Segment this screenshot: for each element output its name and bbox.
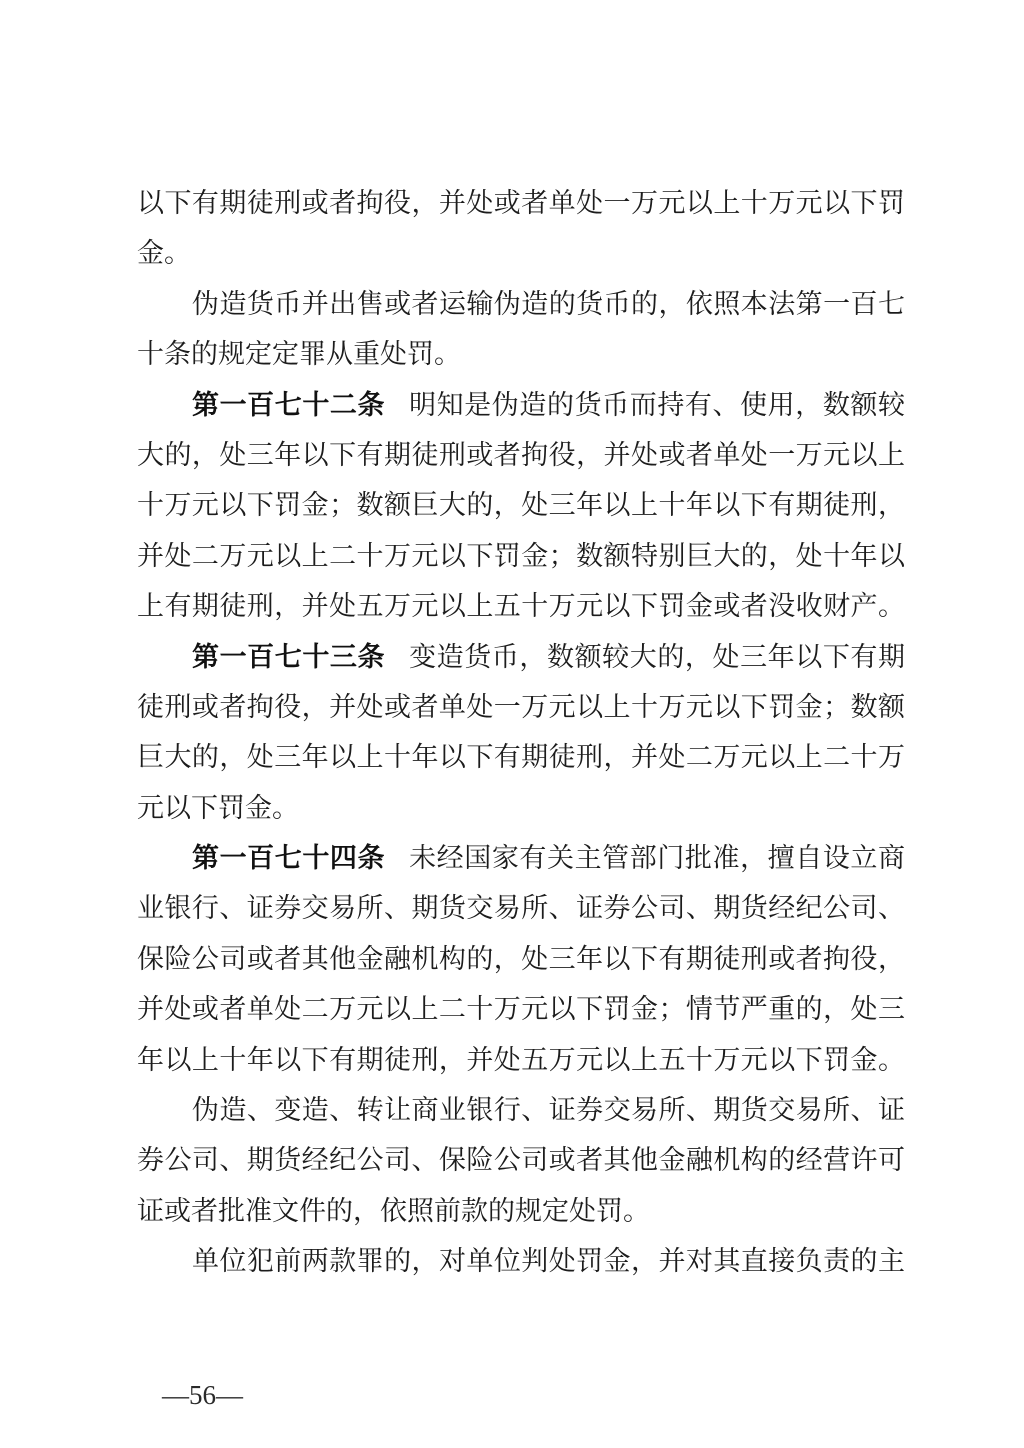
page-number: —56— xyxy=(162,1378,243,1412)
text-line: 十万元以下罚金；数额巨大的，处三年以上十年以下有期徒刑， xyxy=(137,480,905,530)
text-line: 并处二万元以上二十万元以下罚金；数额特别巨大的，处十年以 xyxy=(137,531,905,581)
text-line: 上有期徒刑，并处五万元以上五十万元以下罚金或者没收财产。 xyxy=(137,581,905,631)
text-line: 年以上十年以下有期徒刑，并处五万元以上五十万元以下罚金。 xyxy=(137,1035,905,1085)
text-line: 证或者批准文件的，依照前款的规定处罚。 xyxy=(137,1186,905,1236)
text-line: 单位犯前两款罪的，对单位判处罚金，并对其直接负责的主 xyxy=(137,1236,905,1286)
article-text: 明知是伪造的货币而持有、使用，数额较 xyxy=(409,390,905,420)
text-line: 巨大的，处三年以上十年以下有期徒刑，并处二万元以上二十万 xyxy=(137,732,905,782)
text-line: 元以下罚金。 xyxy=(137,783,905,833)
article-text: 变造货币，数额较大的，处三年以下有期 xyxy=(409,642,905,672)
article-line: 第一百七十二条明知是伪造的货币而持有、使用，数额较 xyxy=(137,380,905,430)
text-line: 大的，处三年以下有期徒刑或者拘役，并处或者单处一万元以上 xyxy=(137,430,905,480)
text-line: 券公司、期货经纪公司、保险公司或者其他金融机构的经营许可 xyxy=(137,1135,905,1185)
article-text: 未经国家有关主管部门批准，擅自设立商 xyxy=(409,843,905,873)
text-line: 金。 xyxy=(137,228,905,278)
text-line: 保险公司或者其他金融机构的，处三年以下有期徒刑或者拘役， xyxy=(137,934,905,984)
article-number: 第一百七十二条 xyxy=(192,390,385,420)
text-line: 十条的规定定罪从重处罚。 xyxy=(137,329,905,379)
text-line: 伪造货币并出售或者运输伪造的货币的，依照本法第一百七 xyxy=(137,279,905,329)
article-number: 第一百七十三条 xyxy=(192,642,385,672)
text-line: 业银行、证券交易所、期货交易所、证券公司、期货经纪公司、 xyxy=(137,883,905,933)
text-line: 以下有期徒刑或者拘役，并处或者单处一万元以上十万元以下罚 xyxy=(137,178,905,228)
article-line: 第一百七十三条变造货币，数额较大的，处三年以下有期 xyxy=(137,632,905,682)
article-line: 第一百七十四条未经国家有关主管部门批准，擅自设立商 xyxy=(137,833,905,883)
document-body: 以下有期徒刑或者拘役，并处或者单处一万元以上十万元以下罚 金。 伪造货币并出售或… xyxy=(137,178,905,1287)
text-line: 并处或者单处二万元以上二十万元以下罚金；情节严重的，处三 xyxy=(137,984,905,1034)
text-line: 徒刑或者拘役，并处或者单处一万元以上十万元以下罚金；数额 xyxy=(137,682,905,732)
article-number: 第一百七十四条 xyxy=(192,843,385,873)
document-page: { "page": { "background": "#ffffff", "te… xyxy=(0,0,1024,1448)
text-line: 伪造、变造、转让商业银行、证券交易所、期货交易所、证 xyxy=(137,1085,905,1135)
